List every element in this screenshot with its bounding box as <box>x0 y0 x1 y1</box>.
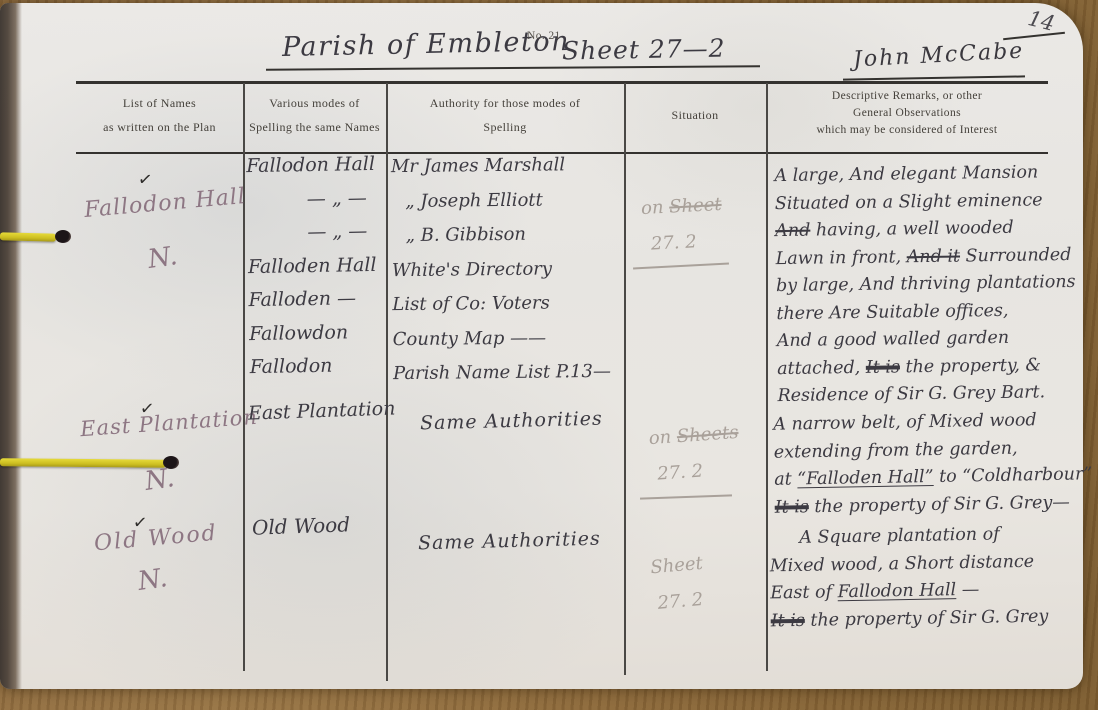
spelling-list: Fallodon Hall — „ — — „ — Falloden Hall … <box>246 148 379 385</box>
authority-item: Mr James Marshall <box>391 148 609 185</box>
col-header-line: List of Names <box>78 96 241 111</box>
authority-list: Mr James Marshall „ Joseph Elliott „ B. … <box>391 148 611 392</box>
situation-line: 27. 2 <box>642 223 724 263</box>
col-header-line: as written on the Plan <box>78 120 241 135</box>
situation-underline <box>640 494 732 499</box>
stitch-cord <box>0 458 166 467</box>
col-header-authority: Authority for those modes of Spelling <box>388 96 622 135</box>
title-underline <box>266 65 760 70</box>
remarks-block: A narrow belt, of Mixed wood extending f… <box>773 406 1093 522</box>
remarks-text: attached, <box>777 357 866 378</box>
situation-note: on Sheet 27. 2 <box>640 187 724 263</box>
spelling-item: Old Wood <box>252 512 351 539</box>
remarks-line: Lawn in front, And it Surrounded <box>775 241 1075 273</box>
col-header-line: Descriptive Remarks, or other <box>768 90 1046 102</box>
remarks-line: It is the property of Sir G. Grey <box>771 603 1049 635</box>
table-vline <box>243 83 245 671</box>
situation-line: on Sheets <box>648 415 740 457</box>
authority-item: Same Authorities <box>420 408 603 435</box>
remarks-text: having, a well wooded <box>810 218 1014 241</box>
col-header-names: List of Names as written on the Plan <box>78 96 241 135</box>
punch-hole <box>55 230 71 243</box>
remarks-text: at <box>774 469 797 489</box>
entry-name-on-plan: Fallodon Hall <box>83 184 247 223</box>
col-header-situation: Situation <box>626 108 764 123</box>
remarks-line: A large, And elegant Mansion <box>774 159 1074 191</box>
remarks-text: the property of Sir G. Grey— <box>809 492 1070 517</box>
spelling-item: — „ — <box>247 181 376 217</box>
printed-form-number: No. 21 <box>527 30 561 42</box>
struck-word: It is <box>775 497 809 518</box>
situation-text-struck: Sheets <box>676 422 739 447</box>
signature-underline <box>843 75 1025 80</box>
table-vline <box>766 83 768 671</box>
authority-item: „ B. Gibbison <box>391 217 609 254</box>
remarks-block: A large, And elegant Mansion Situated on… <box>774 159 1077 411</box>
situation-note: on Sheets 27. 2 <box>648 415 743 493</box>
situation-text-struck: Sheet <box>669 194 722 218</box>
register-page: 14 Parish of Embleton No. 21 Sheet 27—2 … <box>0 3 1083 689</box>
examiner-signature: John McCabe <box>852 39 1024 73</box>
stitch-cord <box>0 232 56 241</box>
remarks-line: by large, And thriving plantations <box>776 269 1076 301</box>
remarks-line: And a good walled garden <box>777 324 1077 356</box>
col-header-line: Situation <box>626 108 764 123</box>
authority-item: List of Co: Voters <box>392 286 610 323</box>
table-vline <box>624 83 626 675</box>
entry-initials: N. <box>146 241 179 275</box>
table-vline <box>386 83 388 681</box>
col-header-line: Spelling the same Names <box>245 120 384 135</box>
entry-name-on-plan: Old Wood <box>93 521 219 557</box>
spelling-item: East Plantation <box>248 397 396 424</box>
situation-line: on Sheet <box>640 187 722 227</box>
folio-number: 14 <box>1026 6 1058 36</box>
situation-text: on <box>641 197 670 219</box>
remarks-text: East of <box>770 582 838 603</box>
col-header-line: General Observations <box>768 107 1046 119</box>
col-header-spelling: Various modes of Spelling the same Names <box>245 96 384 135</box>
situation-text: on <box>648 426 678 449</box>
remarks-text: Surrounded <box>960 244 1072 266</box>
remarks-line: And having, a well wooded <box>775 214 1075 246</box>
col-header-line: Authority for those modes of <box>388 96 622 111</box>
book-binding-edge <box>0 3 22 689</box>
authority-item: „ Joseph Elliott <box>391 182 609 219</box>
spelling-item: — „ — <box>247 215 376 251</box>
remarks-text: the property of Sir G. Grey <box>805 606 1049 630</box>
remarks-text: Lawn in front, <box>775 247 906 269</box>
remarks-text: — <box>956 580 979 600</box>
struck-word: It is <box>866 357 900 377</box>
authority-item: County Map —— <box>393 320 611 357</box>
situation-note: Sheet 27. 2 <box>649 546 708 622</box>
authority-item: Same Authorities <box>418 528 601 555</box>
situation-line: 27. 2 <box>650 451 742 493</box>
entry-initials: N. <box>143 463 176 497</box>
underlined-name: Fallodon Hall <box>837 580 956 602</box>
struck-word: And it <box>907 246 961 267</box>
authority-item: White's Directory <box>392 251 610 288</box>
spelling-item: Falloden Hall <box>248 248 377 284</box>
remarks-line: It is the property of Sir G. Grey— <box>775 489 1094 522</box>
remarks-line: Mixed wood, a Short distance <box>770 548 1048 580</box>
authority-item: Parish Name List P.13— <box>393 355 611 392</box>
col-header-line: Spelling <box>388 120 622 135</box>
col-header-line: which may be considered of Interest <box>768 124 1046 136</box>
remarks-text: the property, & <box>900 355 1041 377</box>
situation-line: Sheet <box>649 546 704 586</box>
remarks-text: to “Coldharbour” <box>933 464 1092 487</box>
table-top-rule <box>76 81 1048 84</box>
situation-line: 27. 2 <box>652 582 707 622</box>
checkmark-icon: ✓ <box>137 169 154 191</box>
spelling-item: Fallowdon <box>249 315 378 351</box>
col-header-remarks: Descriptive Remarks, or other General Ob… <box>768 90 1046 136</box>
remarks-line: attached, It is the property, & <box>777 351 1077 383</box>
struck-word: And <box>775 221 810 241</box>
remarks-line: Residence of Sir G. Grey Bart. <box>777 379 1077 411</box>
remarks-line: there Are Suitable offices, <box>776 296 1076 328</box>
underlined-name: “Falloden Hall” <box>797 467 934 489</box>
situation-text: Sheet <box>650 553 704 578</box>
spelling-item: Fallodon Hall <box>246 148 375 184</box>
entry-name-on-plan: East Plantation <box>79 405 258 441</box>
struck-word: It is <box>771 610 805 631</box>
entry-initials: N. <box>136 563 169 597</box>
remarks-block: A Square plantation of Mixed wood, a Sho… <box>769 521 1048 636</box>
situation-underline <box>633 262 729 269</box>
remarks-line: Situated on a Slight eminence <box>775 186 1075 218</box>
spelling-item: Fallodon <box>249 349 378 385</box>
spelling-item: Falloden — <box>248 282 377 318</box>
page-title-sheet: Sheet 27—2 <box>562 34 726 66</box>
col-header-line: Various modes of <box>245 96 384 111</box>
